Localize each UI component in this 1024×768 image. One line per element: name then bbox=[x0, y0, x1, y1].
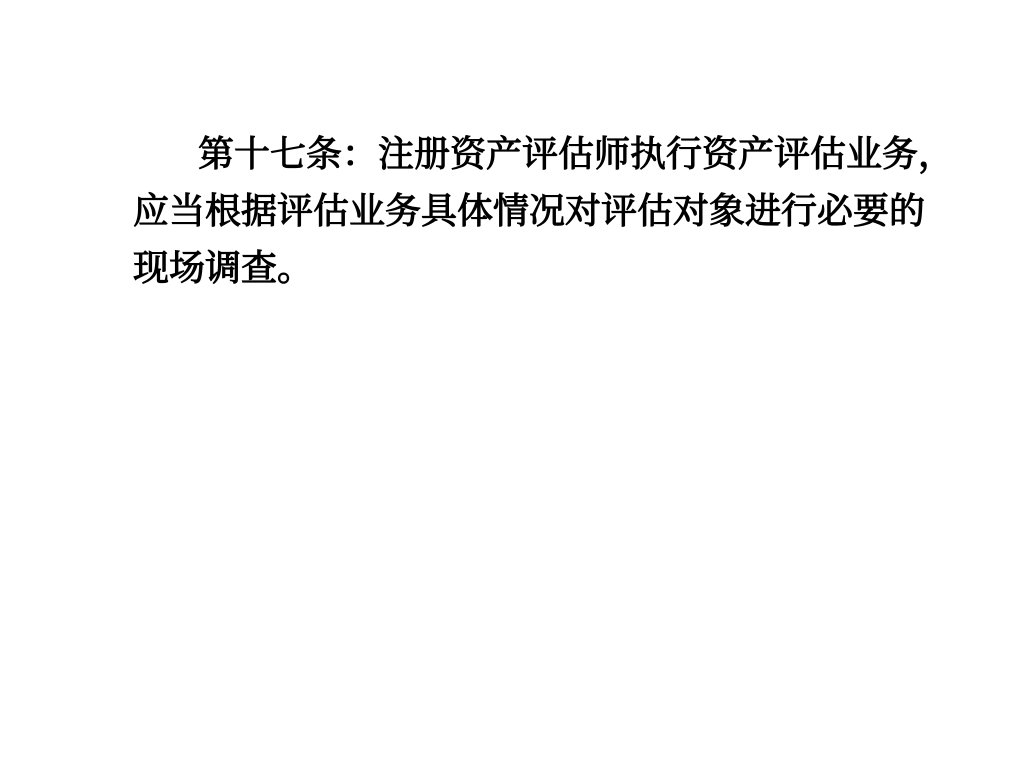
body-text-line-3: 现场调查。 bbox=[133, 240, 933, 297]
body-text-line-1: 第十七条：注册资产评估师执行资产评估业务， bbox=[133, 126, 933, 183]
slide-canvas: 第十七条：注册资产评估师执行资产评估业务， 应当根据评估业务具体情况对评估对象进… bbox=[0, 0, 1024, 768]
body-text-line-2: 应当根据评估业务具体情况对评估对象进行必要的 bbox=[133, 183, 933, 240]
body-text-paragraph: 第十七条：注册资产评估师执行资产评估业务， 应当根据评估业务具体情况对评估对象进… bbox=[133, 126, 933, 297]
